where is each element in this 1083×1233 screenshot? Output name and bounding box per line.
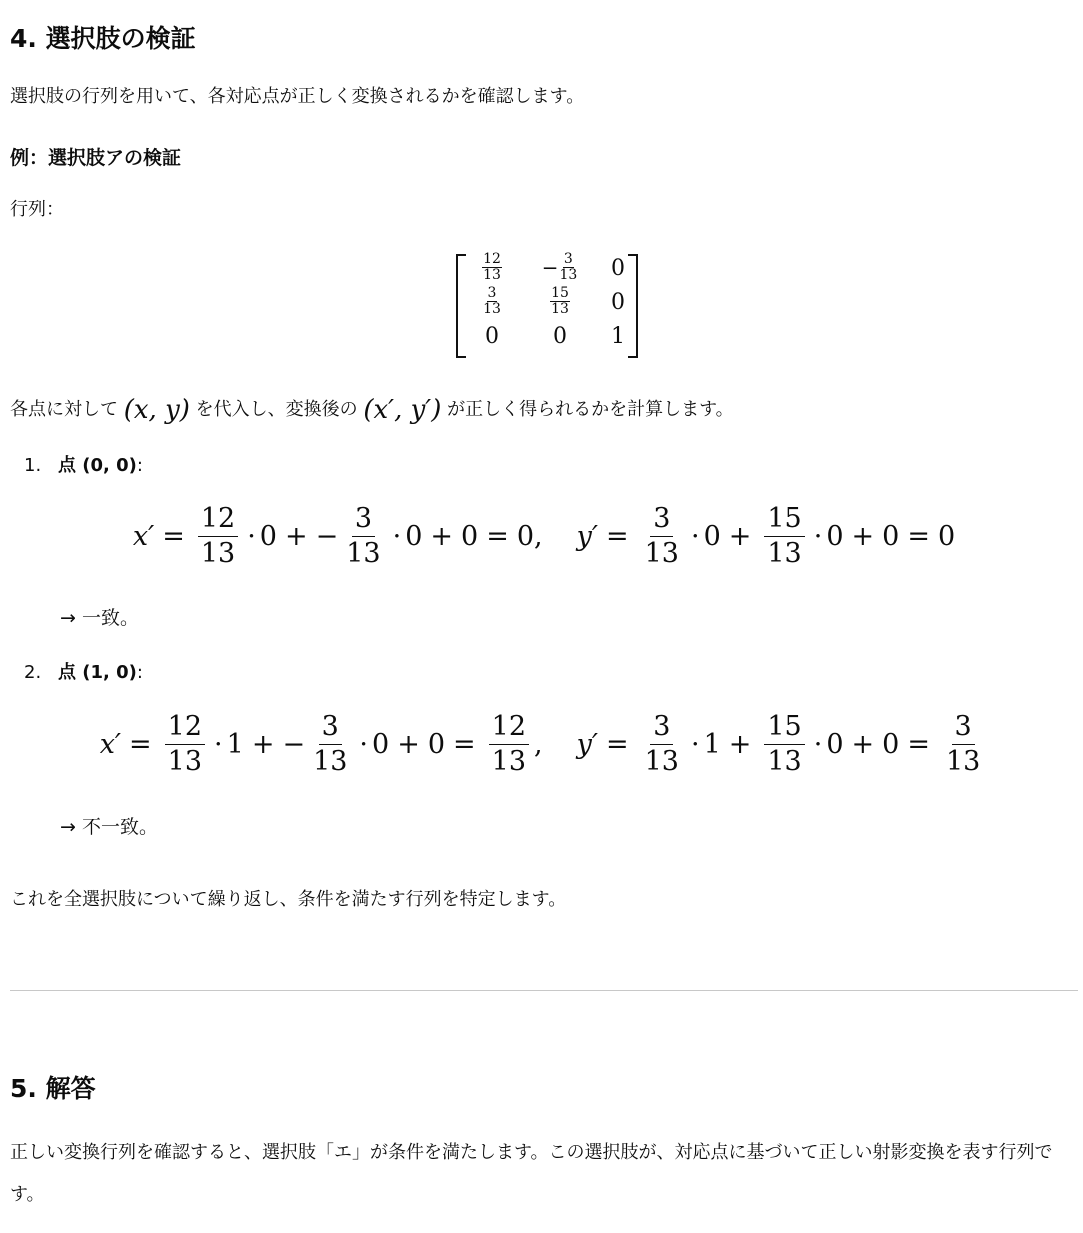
matrix-cell-r1c2: 0	[606, 290, 630, 315]
section-5-heading: 5. 解答	[10, 1072, 96, 1106]
matrix-cell-r2c0: 0	[476, 324, 508, 349]
matrix-cell-r2c1: 0	[542, 324, 578, 349]
matrix-cell-r2c2: 1	[606, 324, 630, 349]
matrix-cell-r0c1: −313	[532, 252, 588, 283]
section-4-intro: 選択肢の行列を用いて、各対応点が正しく変換されるかを確認します。	[10, 81, 1078, 113]
section-5-answer: 正しい変換行列を確認すると、選択肢「エ」が条件を満たします。この選択肢が、対応点…	[10, 1132, 1078, 1216]
section-4-heading: 4. 選択肢の検証	[10, 22, 196, 56]
section-divider	[10, 990, 1078, 991]
substitute-instruction: 各点に対して (x, y) を代入し、変換後の (x′, y′) が正しく得られ…	[10, 394, 1078, 426]
matrix-cell-r0c2: 0	[606, 256, 630, 281]
left-bracket	[456, 254, 466, 358]
matrix-cell-r0c0: 1213	[476, 252, 508, 283]
matrix-label: 行列：	[10, 194, 1078, 226]
step-2-equation: x′ = 1213 · 1 + − 313 · 0 + 0 = 1213, y′…	[10, 710, 1078, 779]
transformation-matrix: 1213 −313 0 313 1513 0 0 0 1	[456, 252, 638, 358]
inline-math-xy-prime: (x′, y′)	[363, 395, 441, 425]
step-1-number: 1.	[24, 453, 41, 479]
step-1-label: 点 (0, 0):	[58, 453, 143, 479]
step-2-number: 2.	[24, 660, 41, 686]
section-4-conclusion: これを全選択肢について繰り返し、条件を満たす行列を特定します。	[10, 884, 1078, 916]
step-2-label: 点 (1, 0):	[58, 660, 143, 686]
matrix-cell-r1c0: 313	[476, 286, 508, 317]
step-1-result: → 一致。	[60, 604, 139, 632]
example-heading: 例：選択肢アの検証	[10, 145, 181, 171]
inline-math-xy: (x, y)	[124, 395, 190, 425]
matrix-cell-r1c1: 1513	[542, 286, 578, 317]
step-1-equation: x′ = 1213 · 0 + − 313 · 0 + 0 = 0, y′ = …	[10, 502, 1078, 571]
step-2-result: → 不一致。	[60, 813, 158, 841]
